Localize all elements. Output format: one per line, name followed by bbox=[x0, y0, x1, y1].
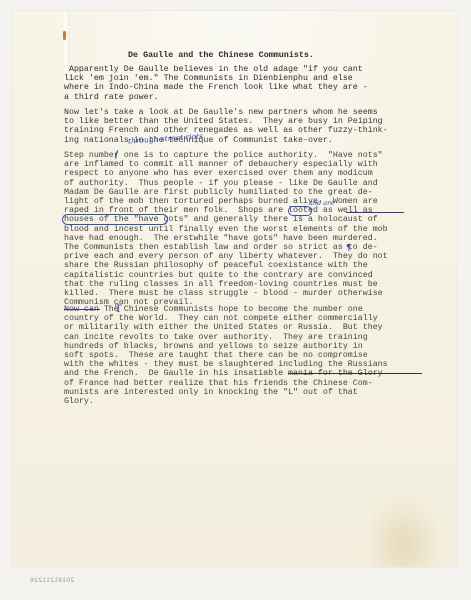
underline-including-the-russians bbox=[288, 373, 422, 374]
text-line: prive each and every person of any liber… bbox=[64, 252, 388, 261]
paragraph-3: Step number one is to capture the police… bbox=[64, 151, 388, 307]
circled-phrase-houses bbox=[62, 214, 168, 225]
text-line: Now can The Chinese Communists hope to b… bbox=[64, 305, 363, 314]
strikethrough-as-well-as bbox=[346, 212, 404, 213]
text-line: a third rate power. bbox=[64, 93, 159, 102]
text-line: The Communists then establish law and or… bbox=[64, 243, 378, 252]
text-line: soft spots. These are taught that there … bbox=[64, 351, 368, 360]
text-line: share the Russian philosophy of peaceful… bbox=[64, 261, 368, 270]
text-line: can incite revolts to take over authorit… bbox=[64, 333, 368, 342]
handwritten-insertion-and-are: and are bbox=[309, 199, 334, 207]
text-line: lick 'em join 'em." The Communists in Di… bbox=[64, 74, 353, 83]
text-line: Glory. bbox=[64, 397, 94, 406]
text-line: to like better than the United States. T… bbox=[64, 117, 383, 126]
text-line: Step number one is to capture the police… bbox=[64, 151, 383, 160]
circled-word-are bbox=[288, 206, 312, 216]
text-line: have had enough. The erstwhile "have got… bbox=[64, 234, 378, 243]
text-line: Now let's take a look at De Gaulle's new… bbox=[64, 108, 378, 117]
text-line: country of the World. They can not compe… bbox=[64, 314, 378, 323]
text-line: killed. There must be class struggle - b… bbox=[64, 289, 383, 298]
text-line: hundreds of blacks, browns and yellows t… bbox=[64, 342, 363, 351]
rust-stain bbox=[63, 31, 66, 40]
text-line: munists are interested only in knocking … bbox=[64, 388, 358, 397]
paragraph-2: Now let's take a look at De Gaulle's new… bbox=[64, 108, 388, 145]
text-line: capitalistic countries but quite to the … bbox=[64, 271, 373, 280]
handwritten-capital-t: T bbox=[115, 304, 122, 315]
paragraph-mark-icon: ¶ bbox=[346, 243, 351, 252]
text-line: Apparently De Gaulle believes in the old… bbox=[64, 65, 363, 74]
text-line: are inflamed to commit all manner of deb… bbox=[64, 160, 378, 169]
text-line: Madam De Gaulle are first publicly humil… bbox=[64, 188, 373, 197]
text-line: where in Indo-China made the French look… bbox=[64, 83, 368, 92]
archive-stamp-number: 20191211226 bbox=[30, 577, 74, 584]
text-line: that the ruling classes in all freedom-l… bbox=[64, 280, 378, 289]
strikethrough-now-can bbox=[64, 309, 100, 310]
text-line: with the whites - they must be slaughter… bbox=[64, 360, 388, 369]
paragraph-4: Now can The Chinese Communists hope to b… bbox=[64, 305, 388, 406]
text-line: of France had better realize that his fr… bbox=[64, 379, 373, 388]
text-line: or militarily with either the United Sta… bbox=[64, 323, 383, 332]
text-line: respect to anyone who has ever exercised… bbox=[64, 169, 373, 178]
text-line: of authority. Thus people - if you pleas… bbox=[64, 179, 378, 188]
text-line: blood and incest until finally even the … bbox=[64, 225, 388, 234]
text-line: training French and other renegades as w… bbox=[64, 126, 388, 135]
paragraph-1: Apparently De Gaulle believes in the old… bbox=[64, 65, 368, 102]
document-title: De Gaulle and the Chinese Communists. bbox=[128, 50, 314, 60]
